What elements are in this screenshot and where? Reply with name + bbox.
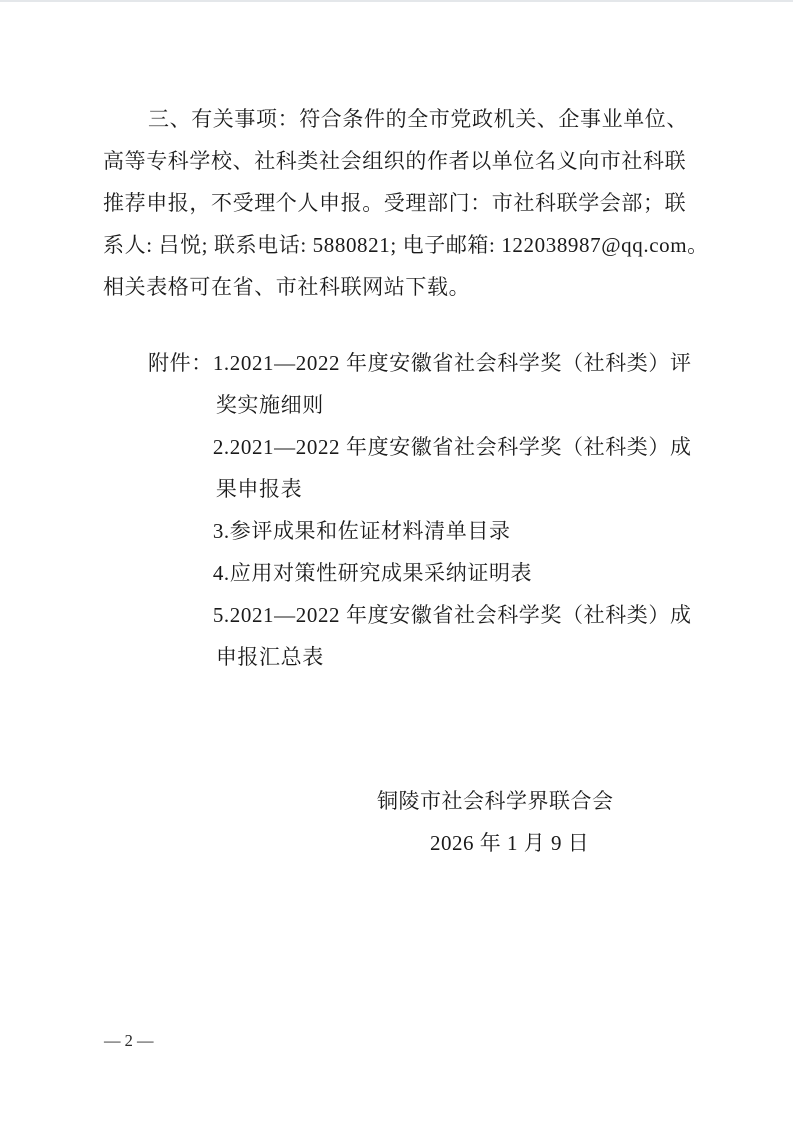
- attachment-item-1-line-1: 1.2021—2022 年度安徽省社会科学奖（社科类）评: [213, 342, 692, 384]
- attachment-item-4-line-1: 4.应用对策性研究成果采纳证明表: [213, 552, 692, 594]
- paragraph-line-4: 系人: 吕悦; 联系电话: 5880821; 电子邮箱: 122038987@q…: [103, 224, 691, 266]
- attachment-item-5-line-2: 申报汇总表: [213, 636, 692, 678]
- document-content: 三、有关事项：符合条件的全市党政机关、企事业单位、 高等专科学校、社科类社会组织…: [103, 98, 691, 864]
- notice-paragraph: 三、有关事项：符合条件的全市党政机关、企事业单位、 高等专科学校、社科类社会组织…: [103, 98, 691, 308]
- document-page: 三、有关事项：符合条件的全市党政机关、企事业单位、 高等专科学校、社科类社会组织…: [0, 0, 793, 1122]
- paragraph-line-5: 相关表格可在省、市社科联网站下载。: [103, 266, 691, 308]
- paragraph-line-2: 高等专科学校、社科类社会组织的作者以单位名义向市社科联: [103, 140, 691, 182]
- attachment-item-2-line-2: 果申报表: [213, 468, 692, 510]
- attachment-item-5-line-1: 5.2021—2022 年度安徽省社会科学奖（社科类）成: [213, 594, 692, 636]
- attachment-item-1-line-2: 奖实施细则: [213, 384, 692, 426]
- paragraph-line-1: 三、有关事项：符合条件的全市党政机关、企事业单位、: [103, 98, 691, 140]
- attachments-section: 附件： 1.2021—2022 年度安徽省社会科学奖（社科类）评 奖实施细则 2…: [103, 342, 691, 678]
- scan-top-edge: [0, 0, 793, 2]
- paragraph-line-3: 推荐申报，不受理个人申报。受理部门：市社科联学会部；联: [103, 182, 691, 224]
- signature-block: 铜陵市社会科学界联合会 2026 年 1 月 9 日: [103, 780, 691, 864]
- attachments-list: 1.2021—2022 年度安徽省社会科学奖（社科类）评 奖实施细则 2.202…: [213, 342, 692, 678]
- page-number: — 2 —: [104, 1031, 154, 1051]
- signature-date: 2026 年 1 月 9 日: [103, 822, 691, 864]
- attachments-label: 附件：: [148, 342, 213, 678]
- attachment-item-3-line-1: 3.参评成果和佐证材料清单目录: [213, 510, 692, 552]
- signature-organization: 铜陵市社会科学界联合会: [103, 780, 691, 822]
- attachment-item-2-line-1: 2.2021—2022 年度安徽省社会科学奖（社科类）成: [213, 426, 692, 468]
